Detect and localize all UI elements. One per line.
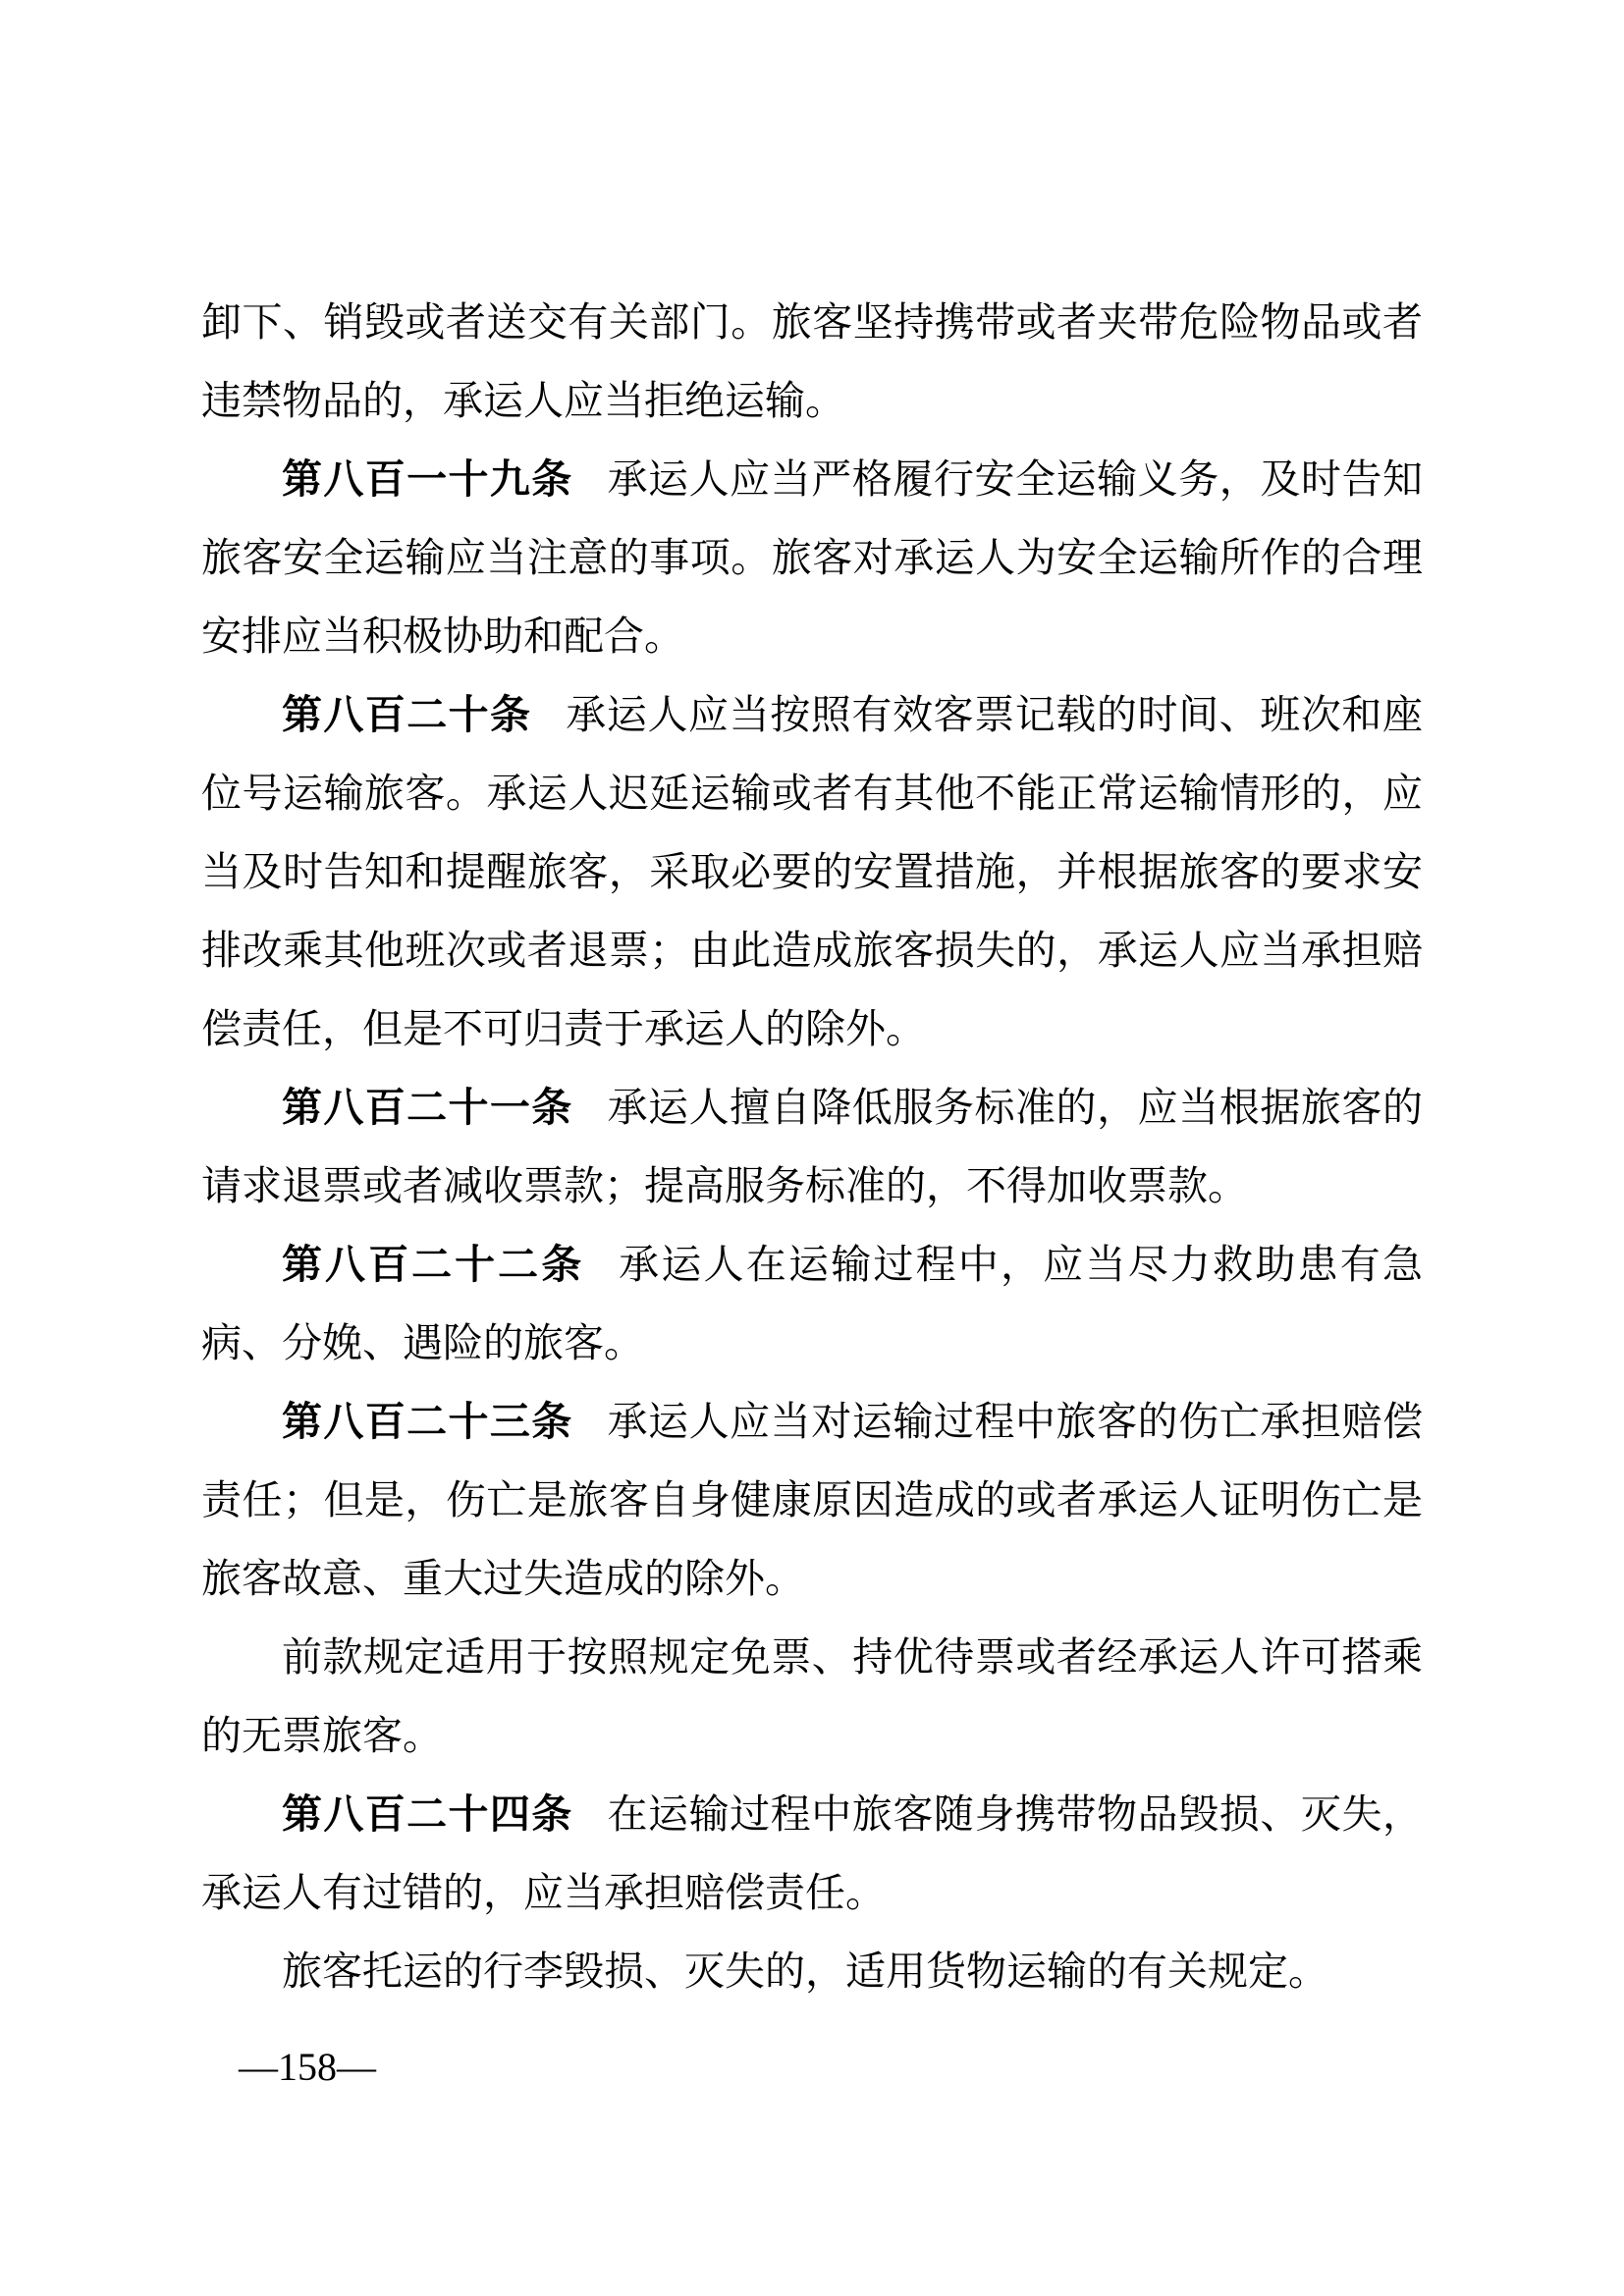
document-page: 卸下、销毁或者送交有关部门。旅客坚持携带或者夹带危险物品或者违禁物品的，承运人应… [0,0,1624,2296]
article-number: 第八百二十一条 [282,1085,573,1130]
article-number: 第八百一十九条 [282,456,573,502]
paragraph-article-823: 第八百二十三条承运人应当对运输过程中旅客的伤亡承担赔偿责任；但是，伤亡是旅客自身… [201,1382,1423,1618]
article-text: 旅客托运的行李毁损、灭失的，适用货物运输的有关规定。 [282,1949,1328,1994]
article-number: 第八百二十三条 [282,1399,573,1444]
article-number: 第八百二十二条 [282,1242,584,1287]
article-number: 第八百二十四条 [282,1791,573,1837]
paragraph-article-824-clause-2: 旅客托运的行李毁损、灭失的，适用货物运输的有关规定。 [201,1932,1423,2010]
paragraph-article-819: 第八百一十九条承运人应当严格履行安全运输义务，及时告知旅客安全运输应当注意的事项… [201,440,1423,675]
article-text: 前款规定适用于按照规定免票、持优待票或者经承运人许可搭乘的无票旅客。 [201,1634,1423,1758]
article-number: 第八百二十条 [282,692,531,737]
paragraph-article-823-clause-2: 前款规定适用于按照规定免票、持优待票或者经承运人许可搭乘的无票旅客。 [201,1618,1423,1775]
document-body: 卸下、销毁或者送交有关部门。旅客坚持携带或者夹带危险物品或者违禁物品的，承运人应… [201,283,1423,2010]
paragraph-article-822: 第八百二十二条承运人在运输过程中，应当尽力救助患有急病、分娩、遇险的旅客。 [201,1225,1423,1382]
paragraph-article-824: 第八百二十四条在运输过程中旅客随身携带物品毁损、灭失，承运人有过错的，应当承担赔… [201,1775,1423,1932]
paragraph-continuation: 卸下、销毁或者送交有关部门。旅客坚持携带或者夹带危险物品或者违禁物品的，承运人应… [201,283,1423,440]
article-text: 承运人应当按照有效客票记载的时间、班次和座位号运输旅客。承运人迟延运输或者有其他… [201,692,1423,1051]
page-number: —158— [239,2042,376,2093]
article-text: 卸下、销毁或者送交有关部门。旅客坚持携带或者夹带危险物品或者违禁物品的，承运人应… [201,299,1423,423]
paragraph-article-820: 第八百二十条承运人应当按照有效客票记载的时间、班次和座位号运输旅客。承运人迟延运… [201,675,1423,1068]
paragraph-article-821: 第八百二十一条承运人擅自降低服务标准的，应当根据旅客的请求退票或者减收票款；提高… [201,1068,1423,1225]
